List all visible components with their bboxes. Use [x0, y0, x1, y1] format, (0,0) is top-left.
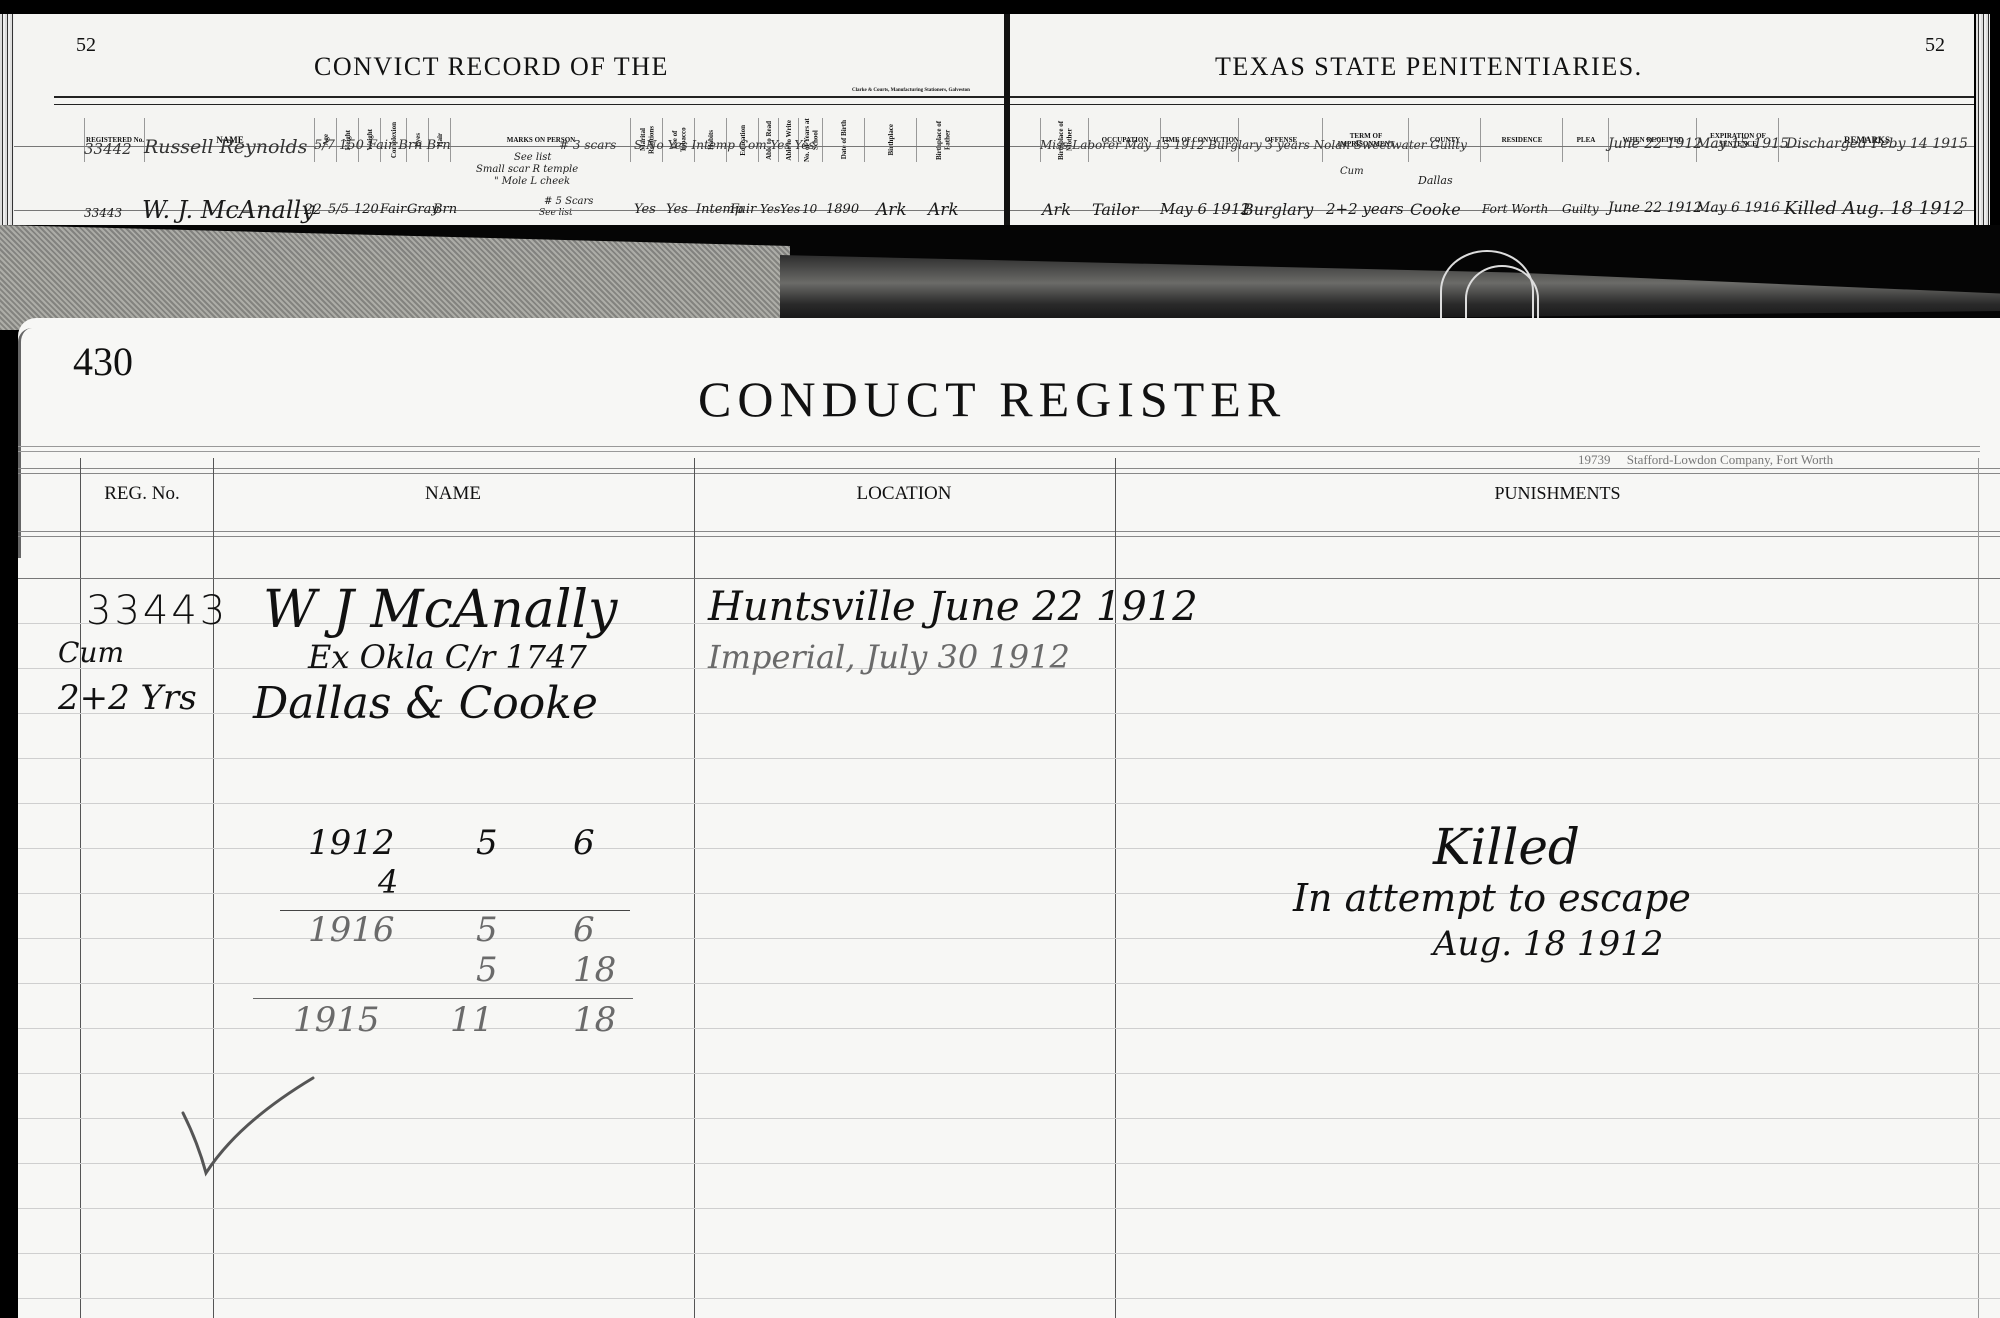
col-residence: RESIDENCE	[1480, 118, 1563, 162]
row2-birth-date: 1890	[826, 202, 859, 217]
row2-marks-scar: Small scar R temple	[476, 164, 578, 175]
page-edges-left	[0, 14, 14, 225]
book-binding-strip	[0, 225, 2000, 330]
calc-result-month: 11	[450, 1000, 493, 1040]
header-rule	[54, 96, 1004, 105]
page-edges-right	[1976, 14, 1990, 225]
entry-location-1: Huntsville June 22 1912	[708, 584, 1198, 630]
header-rule-right	[1010, 96, 1974, 105]
row2-offense: Burglary	[1242, 200, 1313, 219]
row2-occupation: Tailor	[1092, 200, 1138, 219]
col-birthplace: Birthplace	[864, 118, 917, 162]
col-date-of-birth: Date of Birth	[822, 118, 865, 162]
row2-reg-no: 33443	[84, 206, 122, 220]
row1-expiration: May 15 1915	[1696, 136, 1789, 152]
calc-underline-2	[253, 998, 633, 999]
row2-marks-mole: " Mole L cheek	[494, 176, 570, 187]
row2-received: June 22 1912	[1608, 200, 1702, 216]
calc-month-3: 5	[476, 910, 498, 950]
printer-imprint: Clarke & Courts, Manufacturing Stationer…	[852, 88, 970, 93]
row1-habits: S No Yes Intemp Com Yes Yes	[634, 138, 815, 152]
row2-residence: Fort Worth	[1482, 202, 1548, 216]
col-divider-right	[1978, 458, 1979, 1318]
convict-record-ledger: 52 CONVICT RECORD OF THE Clarke & Courts…	[0, 0, 2000, 225]
col-location: LOCATION	[694, 483, 1114, 505]
col-reg-no: REG. No.	[80, 483, 204, 505]
row2-height: 5/5	[328, 202, 349, 217]
row2-marks-scars: # 5 Scars	[544, 196, 593, 207]
col-divider-2	[213, 458, 214, 1318]
ledger-right-page: TEXAS STATE PENITENTIARIES. 52 Birthplac…	[1010, 14, 1974, 225]
ruled-line	[18, 803, 2000, 804]
col-punishments: PUNISHMENTS	[1115, 483, 2000, 504]
punishment-date: Aug. 18 1912	[1433, 924, 1663, 964]
punishment-killed: Killed	[1433, 818, 1580, 876]
row2-marital: Yes	[634, 202, 656, 217]
row1-right-details: Miss Laborer May 15 1912 Burglary 3 year…	[1040, 138, 1467, 152]
ruled-line	[18, 1253, 2000, 1254]
worn-spine	[780, 255, 2000, 325]
row2-write: Yes	[780, 202, 800, 216]
header-top-rule	[18, 468, 2000, 474]
row1-reg-no: 33442	[84, 140, 132, 158]
col-divider-1	[80, 458, 81, 1318]
row2-county-note: Dallas	[1418, 174, 1453, 187]
row1-remarks: Discharged Feby 14 1915	[1786, 136, 1968, 152]
entry-name: W J McAnally	[263, 580, 617, 640]
calc-result-day: 18	[573, 1000, 616, 1040]
row2-county: Cooke	[1410, 200, 1461, 219]
col-birthplace-father: Birthplace of Father	[916, 118, 969, 162]
col-name: NAME	[213, 483, 693, 505]
row1-marks: # 3 scars	[559, 138, 616, 152]
calc-year-1916: 1916	[308, 910, 395, 950]
entry-name-note: Ex Okla C/r 1747	[308, 638, 587, 676]
conduct-register-page: 430 CONDUCT REGISTER 19739 Stafford-Lowd…	[18, 318, 2000, 1318]
row2-name: W. J. McAnally	[142, 196, 315, 224]
entry-location-2: Imperial, July 30 1912	[708, 638, 1070, 676]
checkmark-icon	[178, 1073, 318, 1183]
col-divider-3	[694, 458, 695, 1318]
row2-hair: Brn	[433, 202, 457, 217]
row2-education: Fair	[730, 202, 756, 217]
calc-day-1: 6	[573, 823, 595, 863]
imprint-number: 19739	[1578, 452, 1611, 467]
cloth-cover	[0, 225, 790, 330]
register-imprint: 19739 Stafford-Lowdon Company, Fort Wort…	[1578, 452, 1833, 468]
entry-counties: Dallas & Cooke	[253, 678, 598, 729]
calc-result-year: 1915	[293, 1000, 380, 1040]
ruled-line	[18, 578, 2000, 579]
header-bottom-rule	[18, 531, 2000, 537]
imprint-publisher: Stafford-Lowdon Company, Fort Worth	[1627, 452, 1833, 467]
right-page-number: 52	[1925, 34, 1945, 57]
row1-received: June 22 1912	[1608, 136, 1702, 152]
register-page-number: 430	[73, 338, 133, 385]
row2-expiration: May 6 1916	[1696, 200, 1780, 216]
row2-tobacco: Yes	[666, 202, 688, 217]
punishment-detail: In attempt to escape	[1293, 876, 1691, 920]
entry-reg-note-term: 2+2 Yrs	[58, 678, 197, 718]
calc-sub-month: 5	[476, 950, 498, 990]
left-page-title: CONVICT RECORD OF THE	[314, 52, 669, 82]
entry-reg-note-cum: Cum	[58, 636, 124, 669]
row2-term-note: Cum	[1340, 166, 1364, 177]
row2-conviction: May 6 1912	[1160, 200, 1250, 218]
ruled-line	[18, 758, 2000, 759]
row2-plea: Guilty	[1562, 202, 1599, 216]
row2-school-years: 10	[802, 202, 817, 216]
row1-name: Russell Reynolds	[144, 136, 307, 158]
calc-year-1912: 1912	[308, 823, 395, 863]
row2-complexion: Fair	[380, 202, 406, 217]
ruled-line	[18, 1208, 2000, 1209]
ruled-line	[18, 1298, 2000, 1299]
register-title: CONDUCT REGISTER	[698, 370, 1286, 428]
calc-add-years: 4	[378, 863, 398, 901]
left-page-number: 52	[76, 34, 96, 57]
row2-weight: 120	[354, 202, 379, 217]
calc-month-1: 5	[476, 823, 498, 863]
entry-reg-no: 33443	[86, 588, 228, 634]
row2-read: Yes	[760, 202, 780, 216]
col-plea: PLEA	[1562, 118, 1609, 162]
row2-remarks: Killed Aug. 18 1912	[1784, 198, 1965, 219]
calc-day-3: 6	[573, 910, 595, 950]
ruled-line	[18, 893, 2000, 894]
row1-description: 5/7 150 Fair Brn Brn	[314, 138, 451, 153]
ledger-left-page: 52 CONVICT RECORD OF THE Clarke & Courts…	[14, 14, 1004, 225]
row2-birthplace: Ark	[876, 200, 907, 220]
row2-term: 2+2 years	[1326, 200, 1404, 218]
row2-marks-see-list: See list	[514, 152, 551, 163]
ruled-line	[18, 983, 2000, 984]
row2-age: 22	[304, 202, 322, 218]
row2-mother-birthplace: Ark	[1042, 200, 1071, 219]
right-page-title: TEXAS STATE PENITENTIARIES.	[1215, 52, 1643, 82]
page-curl	[18, 328, 33, 558]
calc-sub-day: 18	[573, 950, 616, 990]
row2-father-birthplace: Ark	[928, 200, 959, 220]
